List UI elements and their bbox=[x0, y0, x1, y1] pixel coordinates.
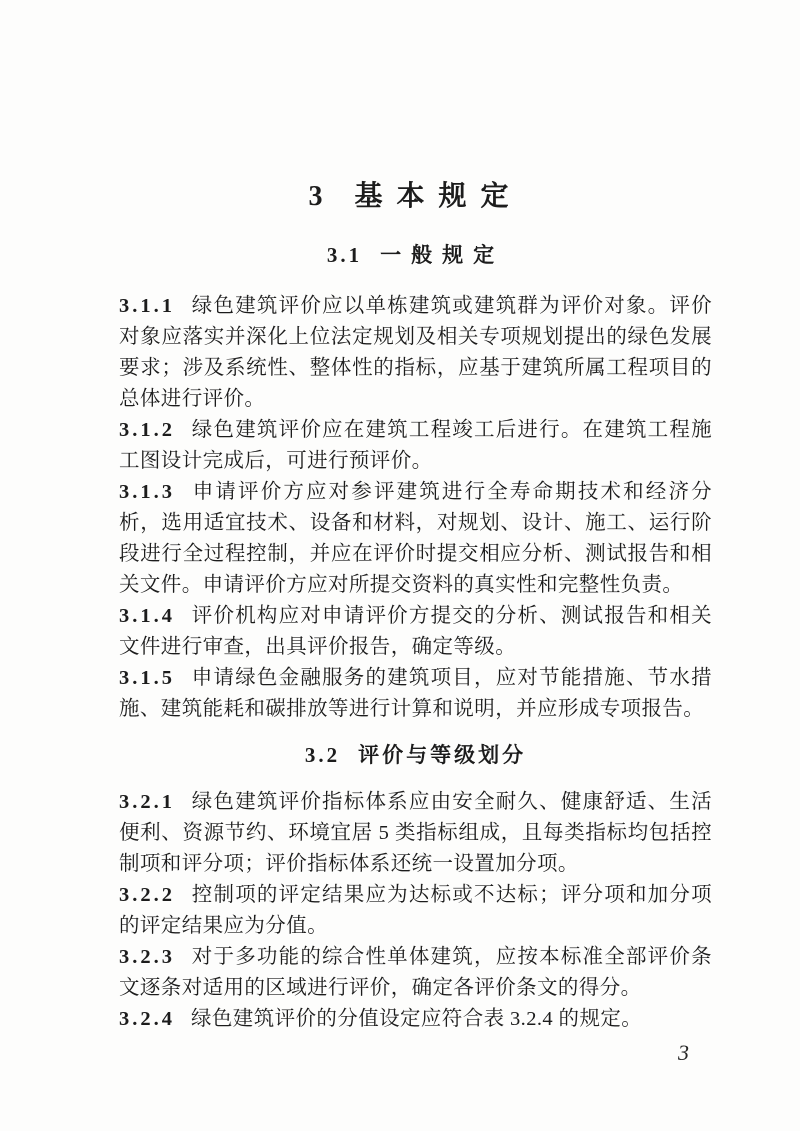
clause: 3.1.5申请绿色金融服务的建筑项目，应对节能措施、节水措施、建筑能耗和碳排放等… bbox=[119, 663, 712, 725]
clause: 3.1.3申请评价方应对参评建筑进行全寿命期技术和经济分析，选用适宜技术、设备和… bbox=[119, 477, 712, 601]
chapter-number: 3 bbox=[308, 181, 324, 212]
clause: 3.2.3对于多功能的综合性单体建筑，应按本标准全部评价条文逐条对适用的区域进行… bbox=[119, 942, 712, 1004]
clause-text: 绿色建筑评价指标体系应由安全耐久、健康舒适、生活便利、资源节约、环境宜居 5 类… bbox=[119, 791, 712, 875]
content-column: 3基本规定 3.1一般规定 3.1.1绿色建筑评价应以单栋建筑或建筑群为评价对象… bbox=[119, 0, 712, 1035]
section-3-1-clauses: 3.1.1绿色建筑评价应以单栋建筑或建筑群为评价对象。评价对象应落实并深化上位法… bbox=[119, 291, 712, 725]
clause-text: 绿色建筑评价的分值设定应符合表 3.2.4 的规定。 bbox=[191, 1008, 642, 1030]
clause-number: 3.2.3 bbox=[119, 946, 175, 968]
document-page: 3基本规定 3.1一般规定 3.1.1绿色建筑评价应以单栋建筑或建筑群为评价对象… bbox=[0, 0, 800, 1131]
clause-number: 3.1.3 bbox=[119, 481, 175, 503]
section-title: 一般规定 bbox=[380, 243, 504, 267]
section-heading-3-2: 3.2评价与等级划分 bbox=[119, 740, 712, 770]
clause-number: 3.2.4 bbox=[119, 1008, 175, 1030]
section-title: 评价与等级划分 bbox=[358, 743, 526, 767]
clause: 3.1.2绿色建筑评价应在建筑工程竣工后进行。在建筑工程施工图设计完成后，可进行… bbox=[119, 415, 712, 477]
clause-text: 控制项的评定结果应为达标或不达标；评分项和加分项的评定结果应为分值。 bbox=[119, 884, 712, 937]
chapter-title-text: 基本规定 bbox=[354, 181, 522, 212]
clause-text: 绿色建筑评价应在建筑工程竣工后进行。在建筑工程施工图设计完成后，可进行预评价。 bbox=[119, 419, 712, 472]
clause-number: 3.1.5 bbox=[119, 667, 175, 689]
clause: 3.1.4评价机构应对申请评价方提交的分析、测试报告和相关文件进行审查，出具评价… bbox=[119, 601, 712, 663]
chapter-title: 3基本规定 bbox=[119, 180, 712, 214]
clause-text: 申请评价方应对参评建筑进行全寿命期技术和经济分析，选用适宜技术、设备和材料，对规… bbox=[119, 481, 712, 596]
clause-number: 3.1.1 bbox=[119, 295, 175, 317]
clause-text: 对于多功能的综合性单体建筑，应按本标准全部评价条文逐条对适用的区域进行评价，确定… bbox=[119, 946, 712, 999]
section-heading-3-1: 3.1一般规定 bbox=[119, 240, 712, 270]
clause-number: 3.2.1 bbox=[119, 791, 175, 813]
section-number: 3.2 bbox=[305, 743, 340, 767]
clause-number: 3.1.4 bbox=[119, 605, 175, 627]
clause: 3.2.1绿色建筑评价指标体系应由安全耐久、健康舒适、生活便利、资源节约、环境宜… bbox=[119, 787, 712, 880]
section-3-2-clauses: 3.2.1绿色建筑评价指标体系应由安全耐久、健康舒适、生活便利、资源节约、环境宜… bbox=[119, 787, 712, 1035]
clause: 3.2.4绿色建筑评价的分值设定应符合表 3.2.4 的规定。 bbox=[119, 1004, 712, 1035]
clause-text: 评价机构应对申请评价方提交的分析、测试报告和相关文件进行审查，出具评价报告，确定… bbox=[119, 605, 712, 658]
section-number: 3.1 bbox=[327, 243, 362, 267]
clause: 3.1.1绿色建筑评价应以单栋建筑或建筑群为评价对象。评价对象应落实并深化上位法… bbox=[119, 291, 712, 415]
clause-text: 绿色建筑评价应以单栋建筑或建筑群为评价对象。评价对象应落实并深化上位法定规划及相… bbox=[119, 295, 712, 410]
page-number: 3 bbox=[678, 1040, 689, 1066]
clause-text: 申请绿色金融服务的建筑项目，应对节能措施、节水措施、建筑能耗和碳排放等进行计算和… bbox=[119, 667, 712, 720]
clause: 3.2.2控制项的评定结果应为达标或不达标；评分项和加分项的评定结果应为分值。 bbox=[119, 880, 712, 942]
clause-number: 3.2.2 bbox=[119, 884, 175, 906]
clause-number: 3.1.2 bbox=[119, 419, 175, 441]
